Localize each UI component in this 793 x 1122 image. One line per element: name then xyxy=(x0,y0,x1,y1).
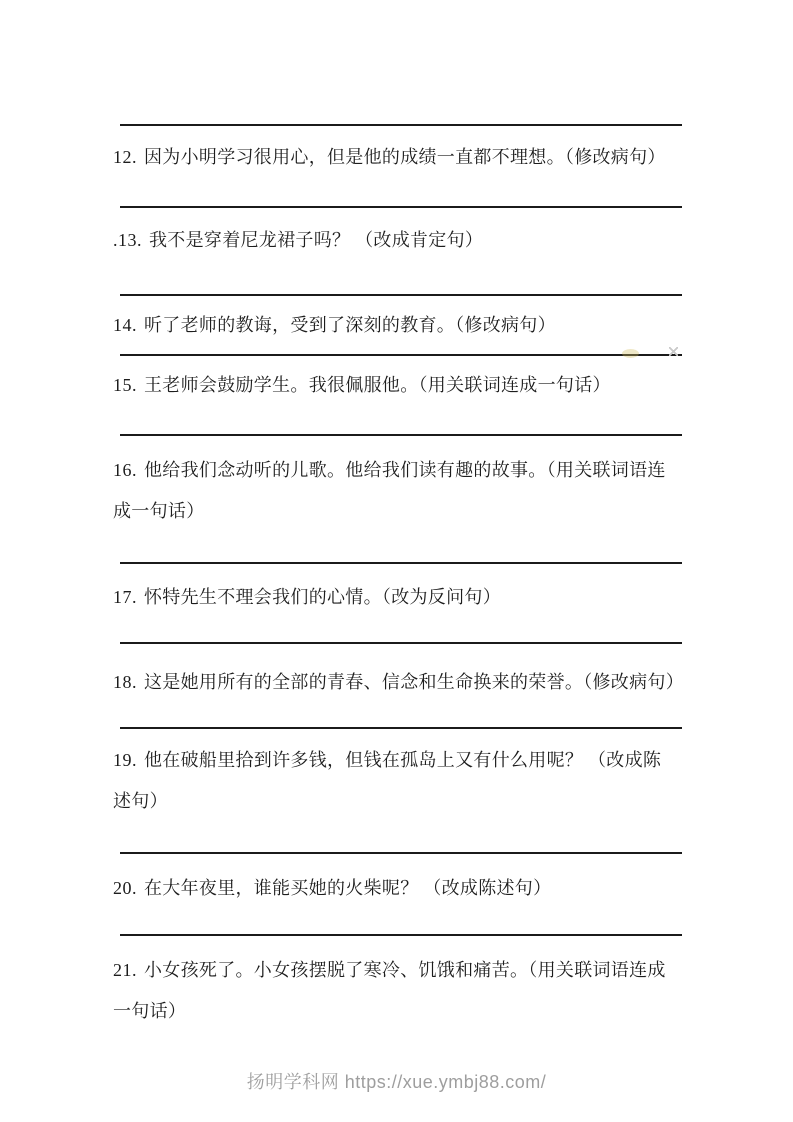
item-text-line: 17.怀特先生不理会我们的心情。（改为反问句） xyxy=(113,577,713,618)
answer-line xyxy=(120,206,682,208)
item-text-line: 16.他给我们念动听的儿歌。他给我们读有趣的故事。（用关联词语连 xyxy=(113,450,713,491)
worksheet-item-20: 20.在大年夜里，谁能买她的火柴呢？ （改成陈述句） xyxy=(113,868,713,909)
item-number: 15. xyxy=(113,375,137,395)
item-number: .13. xyxy=(113,230,142,250)
worksheet-item-17: 17.怀特先生不理会我们的心情。（改为反问句） xyxy=(113,577,713,618)
item-sentence: 因为小明学习很用心，但是他的成绩一直都不理想。（修改病句） xyxy=(144,147,666,167)
item-text-line: 成一句话） xyxy=(113,491,713,532)
item-number: 14. xyxy=(113,315,137,335)
item-number: 18. xyxy=(113,672,137,692)
item-sentence: 怀特先生不理会我们的心情。（改为反问句） xyxy=(144,587,501,607)
item-text-line: 述句） xyxy=(113,781,713,822)
worksheet-item-14: 14.听了老师的教诲，受到了深刻的教育。（修改病句） xyxy=(113,305,713,346)
item-text-line: 一句话） xyxy=(113,991,713,1032)
answer-line xyxy=(120,642,682,644)
item-sentence: 听了老师的教诲，受到了深刻的教育。（修改病句） xyxy=(144,315,556,335)
item-text-line: 12.因为小明学习很用心，但是他的成绩一直都不理想。（修改病句） xyxy=(113,137,713,178)
item-number: 17. xyxy=(113,587,137,607)
worksheet-item-18: 18.这是她用所有的全部的青春、信念和生命换来的荣誉。（修改病句） xyxy=(113,662,713,703)
item-sentence: 他给我们念动听的儿歌。他给我们读有趣的故事。（用关联词语连 xyxy=(144,460,666,480)
item-sentence: 在大年夜里，谁能买她的火柴呢？ （改成陈述句） xyxy=(144,878,551,898)
answer-line xyxy=(120,294,682,296)
answer-line xyxy=(120,124,682,126)
answer-line xyxy=(120,354,682,356)
worksheet-page: 12.因为小明学习很用心，但是他的成绩一直都不理想。（修改病句） .13.我不是… xyxy=(0,0,793,1122)
answer-line xyxy=(120,727,682,729)
item-text-line: 21.小女孩死了。小女孩摆脱了寒冷、饥饿和痛苦。（用关联词语连成 xyxy=(113,950,713,991)
item-text-line: 14.听了老师的教诲，受到了深刻的教育。（修改病句） xyxy=(113,305,713,346)
answer-line xyxy=(120,434,682,436)
item-number: 20. xyxy=(113,878,137,898)
answer-line xyxy=(120,562,682,564)
item-sentence: 我不是穿着尼龙裙子吗？ （改成肯定句） xyxy=(149,230,483,250)
answer-line xyxy=(120,852,682,854)
item-number: 21. xyxy=(113,960,137,980)
item-number: 19. xyxy=(113,750,137,770)
item-sentence: 小女孩死了。小女孩摆脱了寒冷、饥饿和痛苦。（用关联词语连成 xyxy=(144,960,666,980)
watermark-text: 扬明学科网 https://xue.ymbj88.com/ xyxy=(0,1068,793,1094)
worksheet-item-21: 21.小女孩死了。小女孩摆脱了寒冷、饥饿和痛苦。（用关联词语连成 一句话） xyxy=(113,950,713,1032)
item-sentence: 他在破船里拾到许多钱，但钱在孤岛上又有什么用呢？ （改成陈 xyxy=(144,750,661,770)
worksheet-item-15: 15.王老师会鼓励学生。我很佩服他。（用关联词连成一句话） xyxy=(113,365,713,406)
scan-artifact-smudge xyxy=(622,349,639,358)
answer-line xyxy=(120,934,682,936)
worksheet-item-16: 16.他给我们念动听的儿歌。他给我们读有趣的故事。（用关联词语连 成一句话） xyxy=(113,450,713,532)
item-number: 16. xyxy=(113,460,137,480)
item-text-line: 20.在大年夜里，谁能买她的火柴呢？ （改成陈述句） xyxy=(113,868,713,909)
item-text-line: 15.王老师会鼓励学生。我很佩服他。（用关联词连成一句话） xyxy=(113,365,713,406)
item-text-line: 19.他在破船里拾到许多钱，但钱在孤岛上又有什么用呢？ （改成陈 xyxy=(113,740,713,781)
item-sentence: 王老师会鼓励学生。我很佩服他。（用关联词连成一句话） xyxy=(144,375,611,395)
item-text-line: .13.我不是穿着尼龙裙子吗？ （改成肯定句） xyxy=(113,220,713,261)
item-number: 12. xyxy=(113,147,137,167)
worksheet-item-19: 19.他在破船里拾到许多钱，但钱在孤岛上又有什么用呢？ （改成陈 述句） xyxy=(113,740,713,822)
worksheet-item-13: .13.我不是穿着尼龙裙子吗？ （改成肯定句） xyxy=(113,220,713,261)
item-sentence: 这是她用所有的全部的青春、信念和生命换来的荣誉。（修改病句） xyxy=(144,672,684,692)
item-text-line: 18.这是她用所有的全部的青春、信念和生命换来的荣誉。（修改病句） xyxy=(113,662,713,703)
worksheet-item-12: 12.因为小明学习很用心，但是他的成绩一直都不理想。（修改病句） xyxy=(113,137,713,178)
scan-artifact-cross xyxy=(669,347,678,356)
